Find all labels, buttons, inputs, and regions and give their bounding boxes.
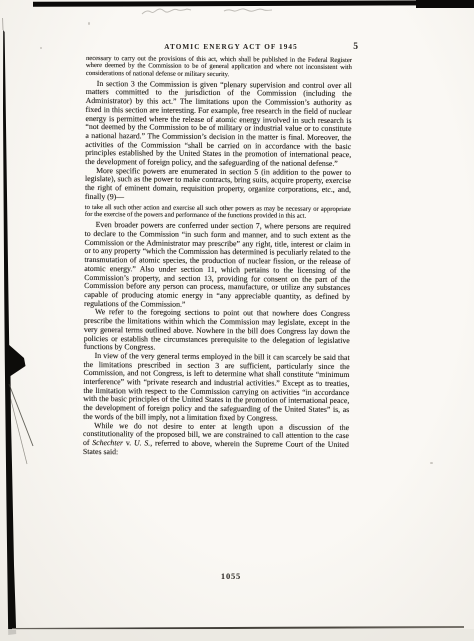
paragraph-in-view: In view of the very general terms employ… — [83, 352, 350, 424]
paragraph-section-7: Even broader powers are conferred under … — [84, 221, 351, 310]
paragraph-schechter-case: While we do not desire to enter at lengt… — [83, 421, 349, 458]
scanned-page: ATOMIC ENERGY ACT OF 1945 5 necessary to… — [0, 0, 474, 641]
schechter-versus: v. — [123, 438, 134, 447]
quoted-extract-federal-register: necessary to carry out the provisions of… — [86, 55, 352, 79]
folio-number: 1055 — [0, 571, 462, 581]
running-head: ATOMIC ENERGY ACT OF 1945 5 — [86, 43, 352, 55]
paragraph-section-5: More specific powers are enumerated in s… — [85, 167, 351, 204]
paragraph-section-3: In section 3 the Commission is given “pl… — [85, 80, 352, 169]
paragraph-we-refer: We refer to the foregoing sections to po… — [84, 308, 350, 354]
scan-gutter-shadow-artifact — [0, 0, 60, 641]
scan-speck — [88, 22, 90, 25]
quoted-extract-other-powers: to take all such other action and exerci… — [85, 204, 351, 221]
running-head-title: ATOMIC ENERGY ACT OF 1945 — [98, 43, 364, 51]
case-party-italic: U. S. — [134, 438, 150, 447]
scan-speck — [430, 462, 433, 464]
page-number: 5 — [353, 42, 358, 52]
text-column: necessary to carry out the provisions of… — [83, 55, 352, 458]
scan-bottom-strip — [0, 629, 474, 641]
pencil-scribble-marks — [138, 4, 298, 22]
scan-top-right-corner-bar — [416, 0, 474, 8]
scan-speck — [40, 47, 42, 49]
